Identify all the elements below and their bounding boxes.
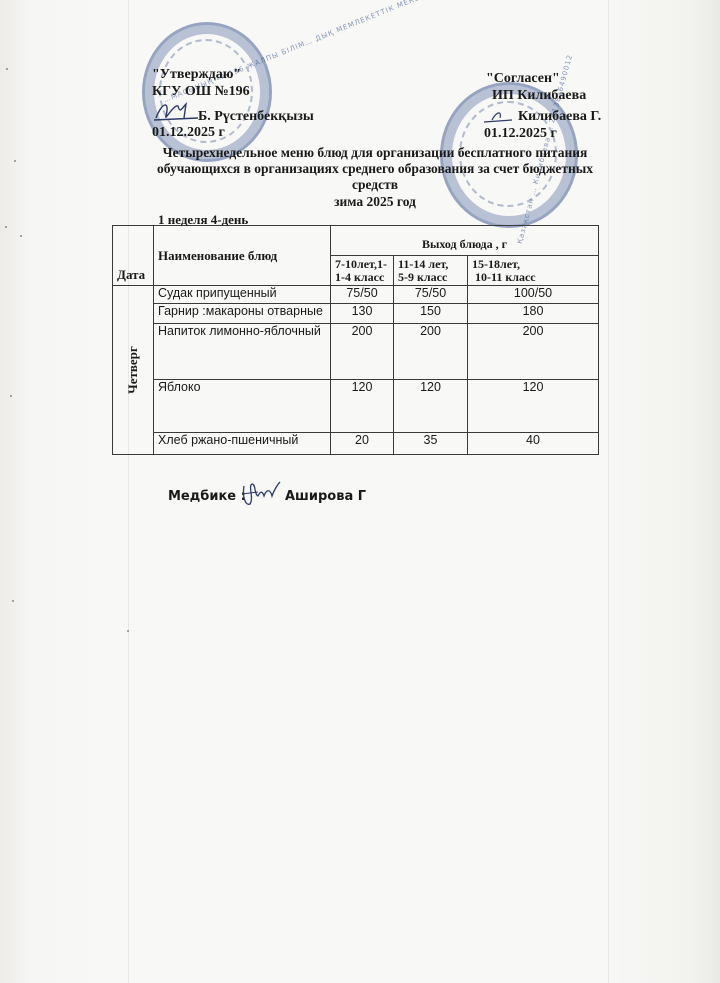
table-row: Напиток лимонно-яблочный 200 200 200 — [113, 324, 599, 380]
table-row: Хлеб ржано-пшеничный 20 35 40 — [113, 433, 599, 455]
document-title-line1: Четырехнедельное меню блюд для организац… — [150, 145, 600, 161]
agree-date: 01.12.2025 г — [484, 125, 557, 142]
agree-organization: ИП Килибаева — [492, 87, 586, 104]
day-cell: Четверг — [113, 286, 154, 455]
dish-name: Судак припущенный — [154, 286, 331, 304]
speck — [20, 235, 22, 237]
speck — [5, 226, 7, 228]
menu-table: Дата Наименование блюд Выход блюда , г 7… — [112, 225, 599, 455]
portion-value: 200 — [394, 324, 468, 380]
medic-name: Аширова Г — [285, 489, 366, 504]
document-title-line2: обучающихся в организациях среднего обра… — [150, 161, 600, 177]
fold-line — [128, 0, 129, 983]
dish-name: Напиток лимонно-яблочный — [154, 324, 331, 380]
speck — [127, 630, 129, 632]
approve-date: 01.12.2025 г — [152, 124, 225, 141]
portion-value: 180 — [468, 304, 599, 324]
table-row: Яблоко 120 120 120 — [113, 380, 599, 433]
approve-label: "Утверждаю" — [152, 66, 241, 83]
fold-line — [608, 0, 609, 983]
medic-signature-icon — [238, 478, 284, 512]
season-label: зима 2025 год — [150, 194, 600, 210]
dish-name: Хлеб ржано-пшеничный — [154, 433, 331, 455]
agree-signature-icon — [482, 108, 516, 124]
portion-value: 100/50 — [468, 286, 599, 304]
document-title-line3: средств — [150, 177, 600, 193]
dish-name: Гарнир :макароны отварные — [154, 304, 331, 324]
portion-value: 150 — [394, 304, 468, 324]
dish-name: Яблоко — [154, 380, 331, 433]
age-group-line2: 10-11 класс — [472, 271, 594, 284]
portion-value: 200 — [468, 324, 599, 380]
portion-value: 20 — [331, 433, 394, 455]
portion-value: 120 — [394, 380, 468, 433]
header-row: Дата Наименование блюд Выход блюда , г — [113, 226, 599, 256]
age-group-line2: 5-9 класс — [398, 271, 463, 284]
portion-value: 200 — [331, 324, 394, 380]
speck — [10, 395, 12, 397]
portion-value: 40 — [468, 433, 599, 455]
agree-signatory: Килибаева Г. — [518, 108, 601, 125]
portion-value: 120 — [468, 380, 599, 433]
output-column-header: Выход блюда , г — [331, 226, 599, 256]
speck — [12, 600, 14, 602]
age-group-header: 7-10лет,1- 1-4 класс — [331, 256, 394, 286]
day-label: Четверг — [125, 346, 141, 394]
agree-label: "Согласен" — [486, 70, 560, 87]
document-page: …МАСЫНЫҢ «№196 ЖАЛПЫ БІЛІМ… ДЫҚ МЕМЛЕКЕТ… — [0, 0, 720, 983]
table-row: Гарнир :макароны отварные 130 150 180 — [113, 304, 599, 324]
portion-value: 130 — [331, 304, 394, 324]
speck — [6, 68, 8, 70]
age-group-header: 15-18лет, 10-11 класс — [468, 256, 599, 286]
speck — [14, 160, 16, 162]
age-group-line2: 1-4 класс — [335, 271, 389, 284]
approve-signatory: Б. Рүстенбекқызы — [198, 108, 314, 125]
portion-value: 75/50 — [394, 286, 468, 304]
portion-value: 75/50 — [331, 286, 394, 304]
age-group-header: 11-14 лет, 5-9 класс — [394, 256, 468, 286]
table-row: Четверг Судак припущенный 75/50 75/50 10… — [113, 286, 599, 304]
director-signature-icon — [152, 98, 200, 124]
date-column-header: Дата — [113, 226, 154, 286]
medic-label: Медбике : — [168, 489, 246, 504]
portion-value: 35 — [394, 433, 468, 455]
portion-value: 120 — [331, 380, 394, 433]
dish-name-column-header: Наименование блюд — [154, 226, 331, 286]
